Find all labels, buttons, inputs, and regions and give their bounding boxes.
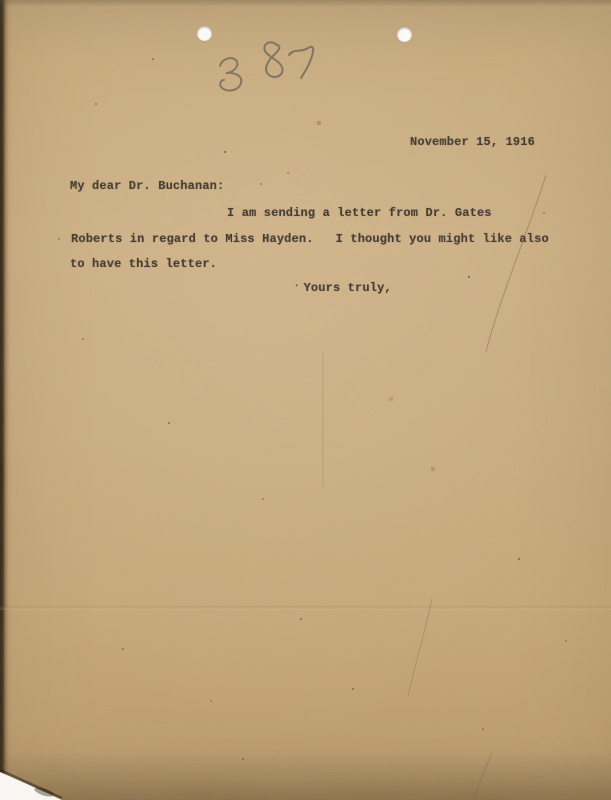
handwritten-page-number: 387	[196, 36, 326, 94]
scanned-letter-page: November 15, 1916 My dear Dr. Buchanan: …	[0, 0, 611, 800]
body-line-3: to have this letter.	[70, 258, 217, 270]
date-line: November 15, 1916	[410, 136, 535, 148]
body-line-1: I am sending a letter from Dr. Gates	[227, 207, 492, 219]
torn-bottom-left-corner	[0, 763, 70, 800]
pencil-digits-387	[196, 36, 326, 94]
paper-bottom-edge-shadow	[0, 752, 611, 800]
salutation-line: My dear Dr. Buchanan:	[70, 180, 224, 192]
hole-punch-right	[397, 27, 412, 42]
horizontal-fold-crease	[0, 606, 611, 610]
paper-sheet	[0, 0, 611, 800]
closing-text: Yours truly,	[304, 281, 392, 295]
paper-left-edge-shadow	[0, 0, 12, 800]
body-line-2: Roberts in regard to Miss Hayden. I thou…	[71, 233, 549, 245]
closing-line: ·Yours truly,	[294, 282, 392, 295]
stray-ink-mark: ·	[294, 281, 300, 291]
vertical-crease	[322, 352, 324, 487]
paper-top-edge-shadow	[0, 0, 611, 7]
hole-punch-left	[197, 26, 212, 41]
